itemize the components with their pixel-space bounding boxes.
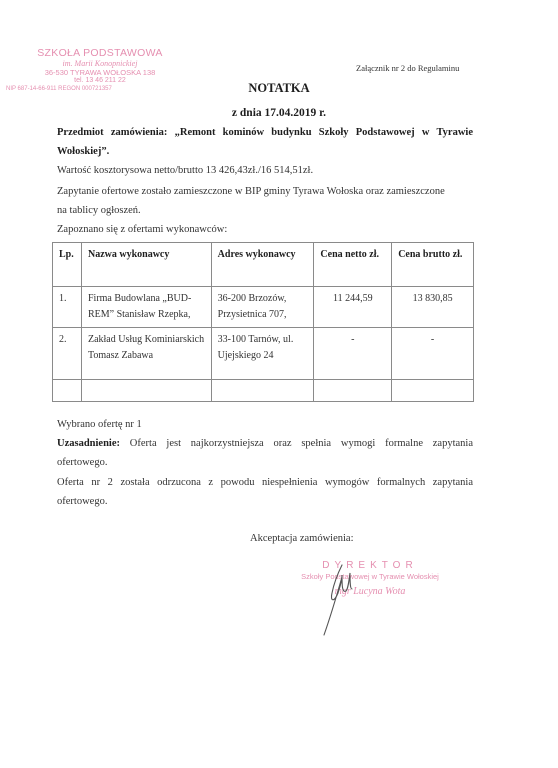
cell-gross-price — [392, 380, 474, 402]
publication-line-1: Zapytanie ofertowe zostało zamieszczone … — [57, 182, 473, 201]
handwritten-signature-icon — [312, 563, 362, 638]
director-title: DYREKTOR — [280, 560, 460, 572]
cell-name — [81, 380, 211, 402]
cell-address — [211, 380, 314, 402]
cell-gross-price: - — [392, 328, 474, 380]
cell-address: 36-200 Brzozów, Przysietnica 707, — [211, 287, 314, 328]
document-date: z dnia 17.04.2019 r. — [0, 107, 558, 119]
cell-net-price: - — [314, 328, 392, 380]
cell-name: Zakład Usług Kominiarskich Tomasz Zabawa — [81, 328, 211, 380]
director-school: Szkoły Podstawowej w Tyrawie Wołoskiej — [280, 572, 460, 582]
subject-line-2: Wołoskiej”. — [57, 142, 473, 161]
header-address: Adres wykonawcy — [211, 243, 314, 287]
justification-label: Uzasadnienie: — [57, 438, 120, 449]
director-name: mgr Lucyna Wota — [280, 582, 460, 602]
table-row: 1. Firma Budowlana „BUD-REM” Stanisław R… — [53, 287, 474, 328]
justification-line-2: ofertowego. — [57, 453, 473, 472]
estimate-value: Wartość kosztorysowa netto/brutto 13 426… — [57, 161, 473, 180]
rejection-line-2: ofertowego. — [57, 492, 473, 511]
subject-text: „Remont kominów budynku Szkoły Podstawow… — [175, 127, 473, 138]
selected-offer: Wybrano ofertę nr 1 — [57, 415, 473, 434]
subject-label: Przedmiot zamówienia: — [57, 127, 167, 138]
publication-line-2: na tablicy ogłoszeń. — [57, 201, 473, 220]
cell-name: Firma Budowlana „BUD-REM” Stanisław Rzep… — [81, 287, 211, 328]
subject-line-1: Przedmiot zamówienia: „Remont kominów bu… — [57, 123, 473, 142]
table-row — [53, 380, 474, 402]
cell-net-price: 11 244,59 — [314, 287, 392, 328]
stamp-school-name: SZKOŁA PODSTAWOWA — [0, 48, 200, 59]
cell-lp: 2. — [53, 328, 82, 380]
acceptance-label: Akceptacja zamówienia: — [250, 533, 354, 544]
document-title: NOTATKA — [0, 81, 558, 96]
header-lp: Lp. — [53, 243, 82, 287]
table-row: 2. Zakład Usług Kominiarskich Tomasz Zab… — [53, 328, 474, 380]
cell-lp — [53, 380, 82, 402]
cell-net-price — [314, 380, 392, 402]
cell-address: 33-100 Tarnów, ul. Ujejskiego 24 — [211, 328, 314, 380]
header-net-price: Cena netto zł. — [314, 243, 392, 287]
director-stamp: DYREKTOR Szkoły Podstawowej w Tyrawie Wo… — [280, 560, 460, 602]
offers-table: Lp. Nazwa wykonawcy Adres wykonawcy Cena… — [52, 242, 474, 402]
justification-text: Oferta jest najkorzystniejsza oraz spełn… — [130, 438, 473, 449]
header-gross-price: Cena brutto zł. — [392, 243, 474, 287]
stamp-patron: im. Marii Konopnickiej — [0, 59, 200, 68]
annex-label: Załącznik nr 2 do Regulaminu — [356, 63, 459, 73]
stamp-address: 36-530 TYRAWA WOŁOSKA 138 — [0, 68, 200, 77]
table-header-row: Lp. Nazwa wykonawcy Adres wykonawcy Cena… — [53, 243, 474, 287]
offers-intro: Zapoznano się z ofertami wykonawców: — [57, 220, 473, 239]
cell-lp: 1. — [53, 287, 82, 328]
cell-gross-price: 13 830,85 — [392, 287, 474, 328]
header-name: Nazwa wykonawcy — [81, 243, 211, 287]
justification-line-1: Uzasadnienie: Oferta jest najkorzystniej… — [57, 434, 473, 453]
rejection-line-1: Oferta nr 2 została odrzucona z powodu n… — [57, 473, 473, 492]
